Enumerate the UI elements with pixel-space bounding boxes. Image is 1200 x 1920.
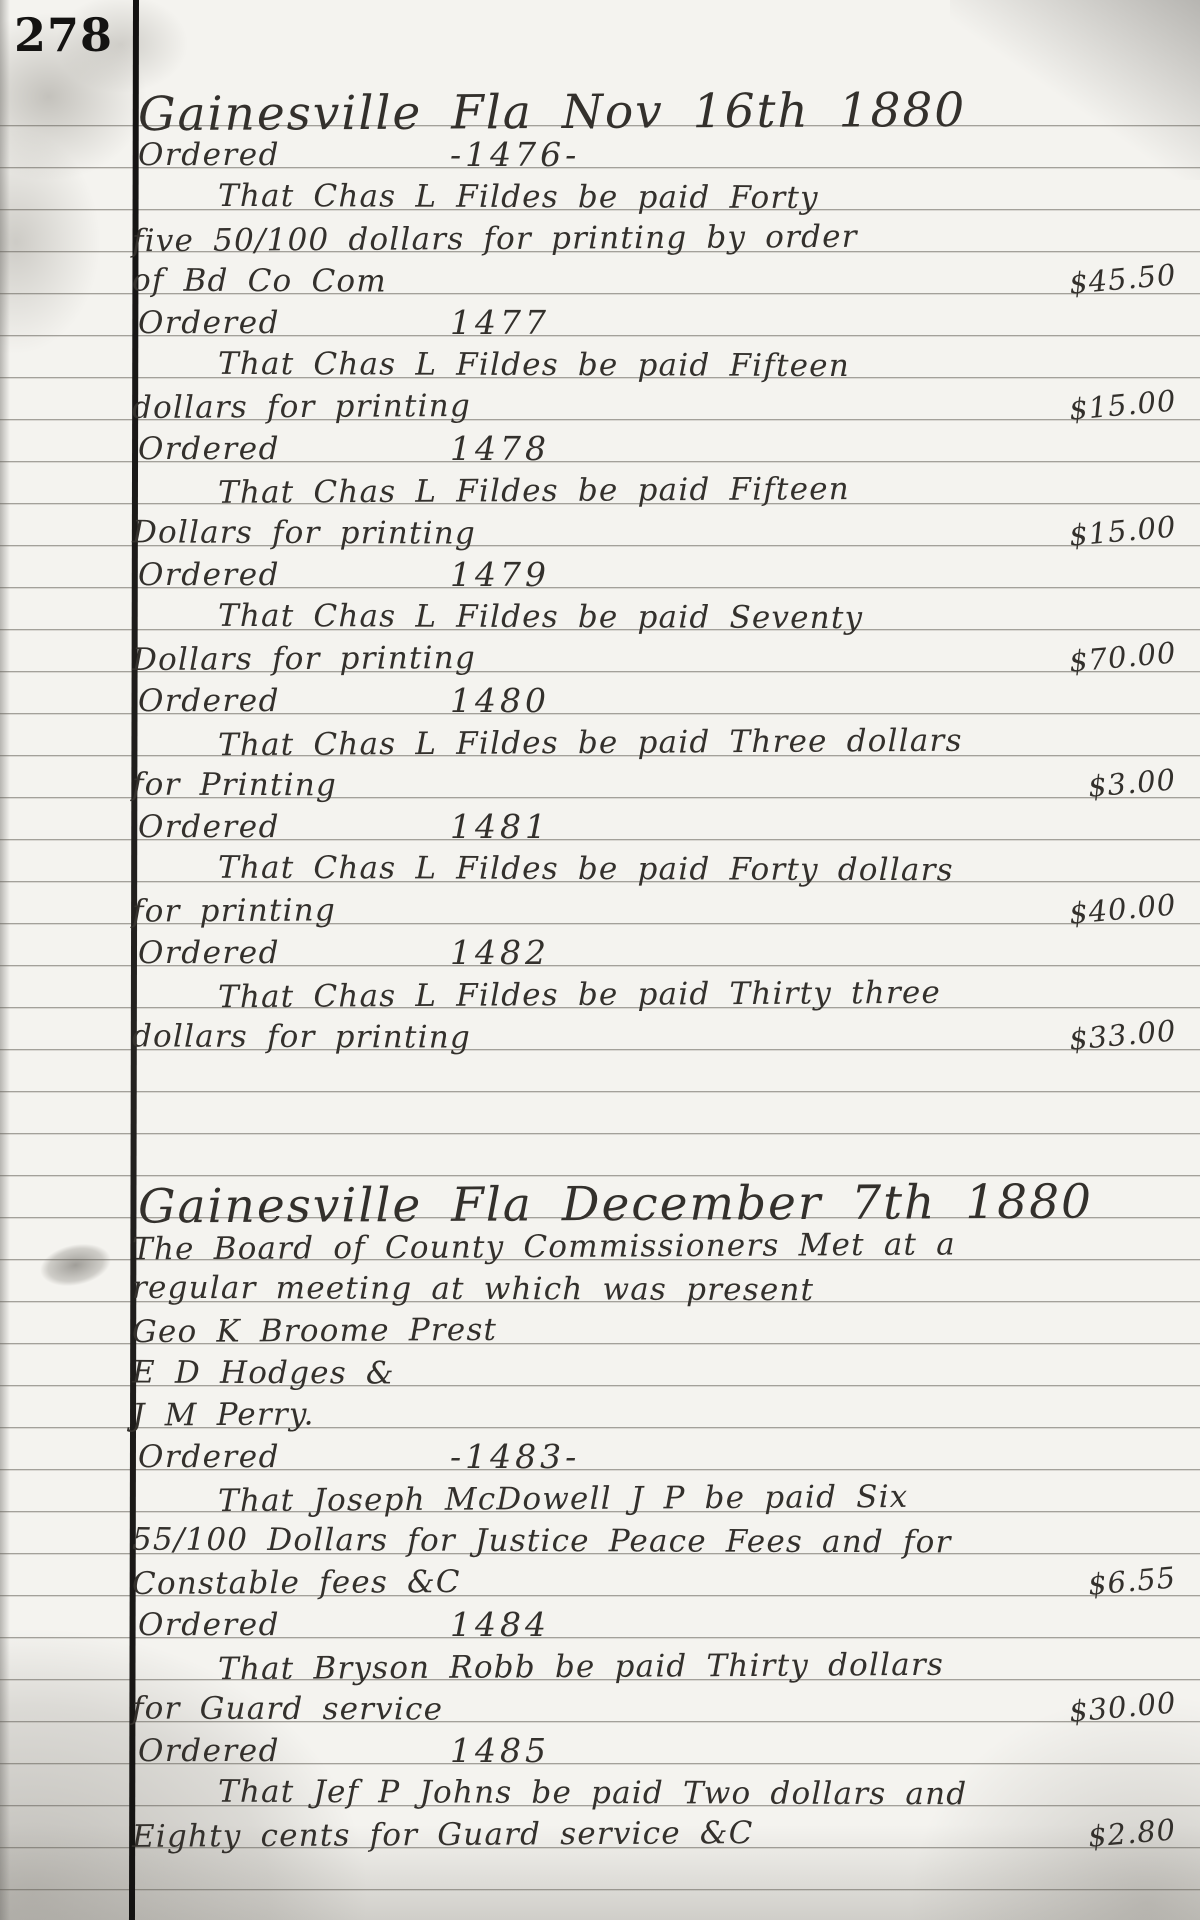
order-line: Ordered1480	[132, 671, 1190, 713]
order-line: Ordered-1476-	[132, 125, 1190, 167]
entry-line: Dollars for printing$15.00	[132, 503, 1190, 545]
entry-line: for Printing$3.00	[132, 755, 1190, 797]
entry-line: of Bd Co Com$45.50	[132, 251, 1190, 293]
entry-line: That Chas L Fildes be paid Fifteen	[132, 461, 1190, 503]
entry-line: That Chas L Fildes be paid Forty	[132, 167, 1190, 209]
entry-line: Dollars for printing$70.00	[132, 629, 1190, 671]
entry-line: for Guard service$30.00	[132, 1679, 1190, 1721]
entry-line: That Chas L Fildes be paid Fifteen	[132, 335, 1190, 377]
entry-line: The Board of County Commissioners Met at…	[132, 1217, 1190, 1259]
order-line: Ordered1478	[132, 419, 1190, 461]
entry-line: 55/100 Dollars for Justice Peace Fees an…	[132, 1511, 1190, 1553]
order-line: Ordered1479	[132, 545, 1190, 587]
entry-line: dollars for printing$15.00	[132, 377, 1190, 419]
entry-line: That Chas L Fildes be paid Forty dollars	[132, 839, 1190, 881]
entry-line: Eighty cents for Guard service &C$2.80	[132, 1805, 1190, 1847]
entry-line: That Jef P Johns be paid Two dollars and	[132, 1763, 1190, 1805]
order-line: Ordered1485	[132, 1721, 1190, 1763]
entry-line: J M Perry.	[132, 1385, 1190, 1427]
entry-line: Constable fees &C$6.55	[132, 1553, 1190, 1595]
entry-line: That Bryson Robb be paid Thirty dollars	[132, 1637, 1190, 1679]
entry-line: That Chas L Fildes be paid Thirty three	[132, 965, 1190, 1007]
entry-line: five 50/100 dollars for printing by orde…	[132, 209, 1190, 251]
entry-line: That Chas L Fildes be paid Three dollars	[132, 713, 1190, 755]
handwritten-entries: Gainesville Fla Nov 16th 1880Ordered-147…	[132, 83, 1190, 1847]
entry-line: E D Hodges &	[132, 1343, 1190, 1385]
order-line: Ordered1481	[132, 797, 1190, 839]
entry-line: for printing$40.00	[132, 881, 1190, 923]
blank-line	[132, 1091, 1190, 1133]
blank-line	[132, 1049, 1190, 1091]
ledger-page-scan: 278 Gainesville Fla Nov 16th 1880Ordered…	[0, 0, 1200, 1920]
entry-line: dollars for printing$33.00	[132, 1007, 1190, 1049]
entry-line: regular meeting at which was present	[132, 1259, 1190, 1301]
blank-line	[132, 1133, 1190, 1175]
section-heading: Gainesville Fla December 7th 1880	[132, 1175, 1190, 1217]
order-line: Ordered1484	[132, 1595, 1190, 1637]
order-line: Ordered-1483-	[132, 1427, 1190, 1469]
entry-line: That Chas L Fildes be paid Seventy	[132, 587, 1190, 629]
entry-text: Eighty cents for Guard service &C	[132, 1812, 754, 1858]
page-number: 278	[14, 8, 113, 62]
order-line: Ordered1477	[132, 293, 1190, 335]
entry-line: That Joseph McDowell J P be paid Six	[132, 1469, 1190, 1511]
entry-line: Geo K Broome Prest	[132, 1301, 1190, 1343]
section-heading: Gainesville Fla Nov 16th 1880	[132, 83, 1190, 125]
amount-value: $2.80	[1086, 1808, 1177, 1858]
order-line: Ordered1482	[132, 923, 1190, 965]
